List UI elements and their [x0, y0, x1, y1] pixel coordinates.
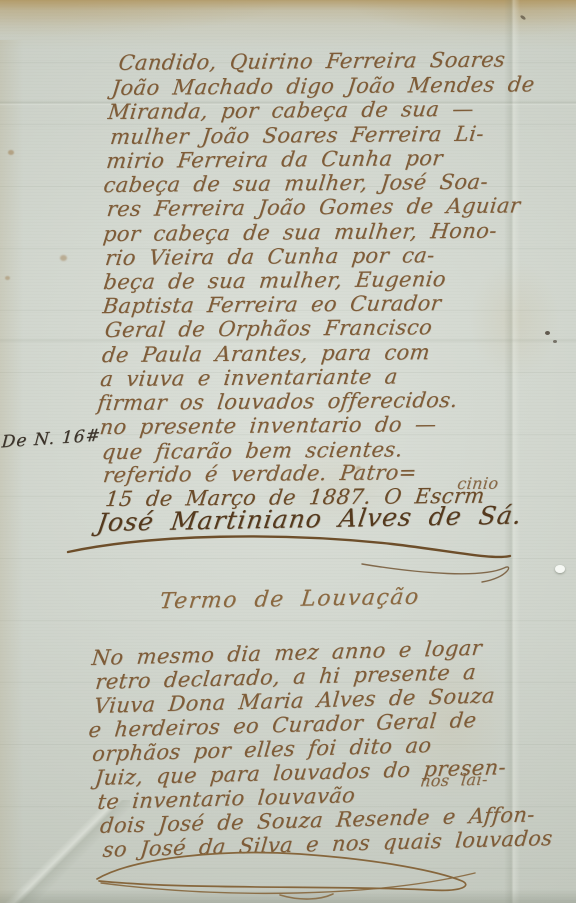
interline-word: nos lai-	[419, 767, 489, 795]
paragraph-2: No mesmo dia mez anno e logar retro decl…	[0, 0, 576, 903]
closing-flourish	[75, 845, 485, 903]
manuscript-page: De N. 16# Candido, Quirino Ferreira Soar…	[0, 0, 576, 903]
